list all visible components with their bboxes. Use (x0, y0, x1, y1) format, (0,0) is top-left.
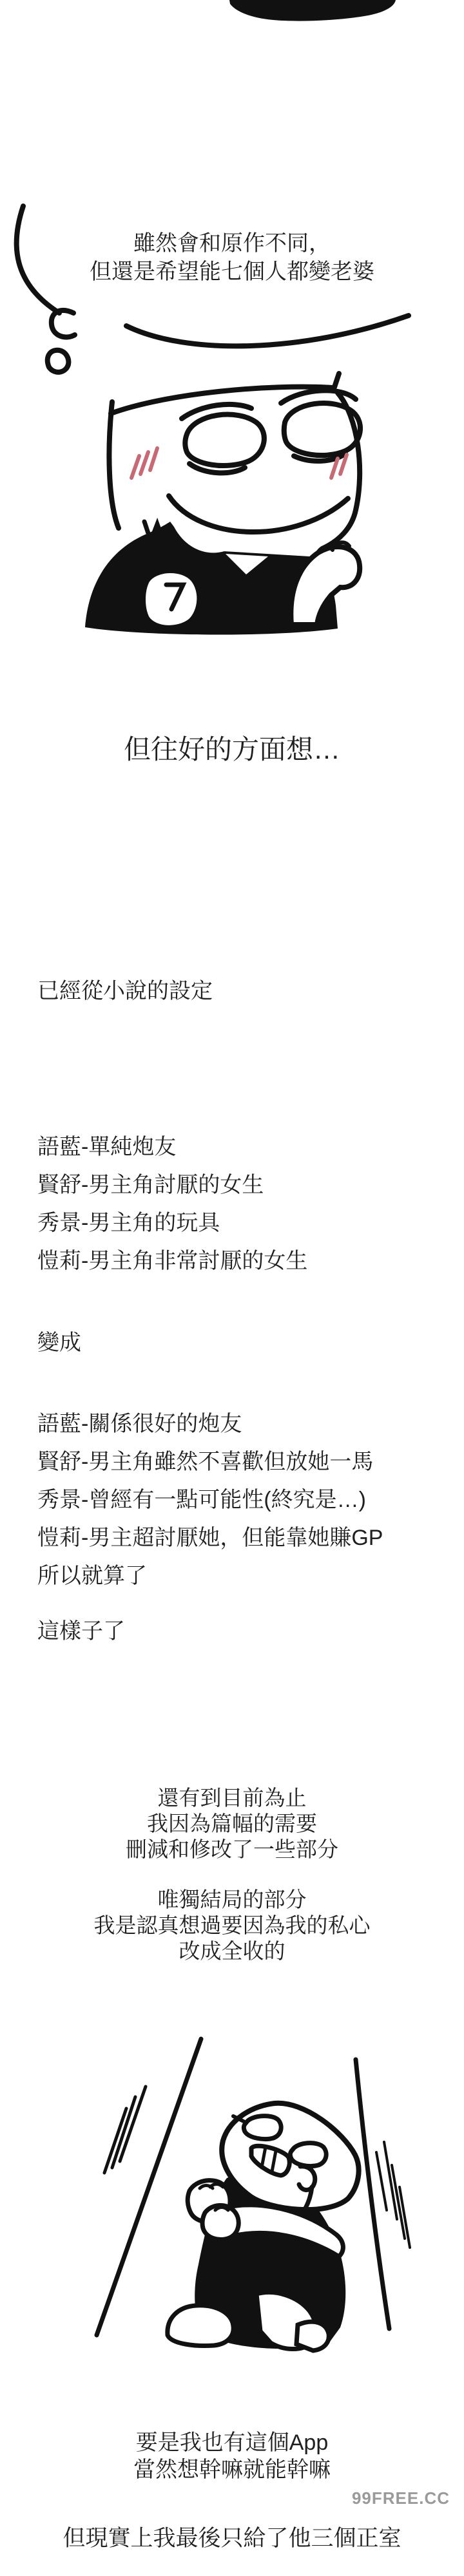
reality-punchline: 但現實上我最後只給了他三個正室 (0, 2527, 464, 2550)
list-item: 秀景-曾經有一點可能性(終究是…) (37, 1481, 383, 1519)
paragraph-line: 改成全收的 (0, 1938, 464, 1964)
from-novel-line: 已經從小說的設定 (37, 980, 213, 1002)
paragraph-line: 我是認真想過要因為我的私心 (0, 1913, 464, 1938)
bubble-line-2: 但還是希望能七個人都變老婆 (0, 258, 464, 286)
paragraph-line: 我因為篇幅的需要 (0, 1811, 464, 1837)
list-item: 語藍-關係很好的炮友 (37, 1405, 383, 1443)
became-line: 變成 (37, 1332, 81, 1354)
app-wish-paragraph: 要是我也有這個App 當然想幹嘛就能幹嘛 (0, 2429, 464, 2483)
thought-bubble-text: 雖然會和原作不同， 但還是希望能七個人都變老婆 (0, 229, 464, 286)
paragraph-line: 唯獨結局的部分 (0, 1887, 464, 1913)
list-item: 愷莉-男主角非常討厭的女生 (37, 1242, 307, 1280)
previous-panel-remnant-drawing (0, 0, 464, 26)
bubble-line-1: 雖然會和原作不同， (0, 229, 464, 258)
list-item: 語藍-單純炮友 (37, 1128, 307, 1166)
paragraph-line: 還有到目前為止 (0, 1785, 464, 1811)
good-side-line: 但往好的方面想… (0, 736, 464, 763)
comic-afterword-page: 雖然會和原作不同， 但還是希望能七個人都變老婆 但往好的方面想… 已經從小說的設… (0, 0, 464, 2576)
kneeling-begging-character-drawing (0, 1984, 464, 2409)
paragraph-line: 要是我也有這個App (0, 2429, 464, 2456)
list-item: 賢舒-男主角雖然不喜歡但放她一馬 (37, 1443, 383, 1481)
list-item: 愷莉-男主超討厭她，但能靠她賺GP (37, 1519, 383, 1557)
new-roles-list: 語藍-關係很好的炮友 賢舒-男主角雖然不喜歡但放她一馬 秀景-曾經有一點可能性(… (37, 1405, 383, 1595)
paragraph-line: 當然想幹嘛就能幹嘛 (0, 2456, 464, 2483)
ending-paragraph: 唯獨結局的部分 我是認真想過要因為我的私心 改成全收的 (0, 1887, 464, 1964)
conclusion-line: 這樣子了 (37, 1620, 125, 1642)
site-watermark: 99FREE.CC (352, 2488, 450, 2508)
paragraph-line: 刪減和修改了一些部分 (0, 1837, 464, 1862)
list-item: 所以就算了 (37, 1557, 383, 1595)
list-item: 秀景-男主角的玩具 (37, 1204, 307, 1242)
list-item: 賢舒-男主角討厭的女生 (37, 1166, 307, 1204)
original-roles-list: 語藍-單純炮友 賢舒-男主角討厭的女生 秀景-男主角的玩具 愷莉-男主角非常討厭… (37, 1128, 307, 1280)
edits-paragraph: 還有到目前為止 我因為篇幅的需要 刪減和修改了一些部分 (0, 1785, 464, 1862)
